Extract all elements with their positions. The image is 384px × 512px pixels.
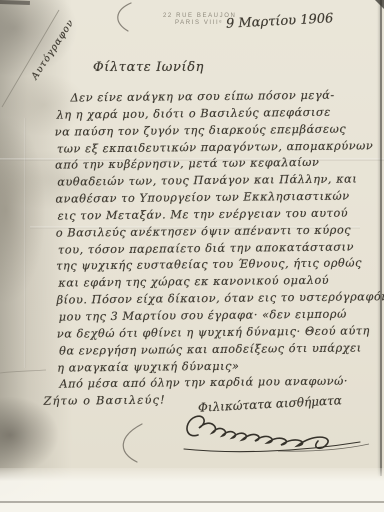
paper-right-edge — [380, 0, 382, 476]
photo-mat-strip — [0, 468, 384, 512]
scanned-letter-page: Αυτόγραφον 22 RUE BEAUJON PARIS VIIIᵉ 9 … — [0, 0, 384, 512]
handwritten-date: 9 Μαρτίου 1906 — [226, 11, 334, 32]
salutation: Φίλτατε Ιωνίδη — [93, 60, 204, 75]
corner-annotation: Αυτόγραφον — [18, 0, 87, 98]
body-line: Από μέσα από όλην την καρδιά μου αναφωνώ… — [59, 374, 363, 394]
body-line: θα ενεργήση νωπώς και αποδείξεως ότι υπά… — [59, 340, 363, 360]
letter-body: Δεν είνε ανάγκη να σου είπω πόσον μεγά- … — [54, 87, 363, 410]
pencil-line-left — [0, 370, 46, 373]
paper-bottom-edge — [0, 501, 384, 503]
paper-corner-cut — [375, 0, 384, 9]
pencil-curve-bottom — [123, 424, 142, 462]
paper-corner-shadow — [0, 0, 30, 5]
pencil-curve-top — [118, 3, 131, 31]
vertical-fold-crease — [24, 118, 26, 368]
signature-flourish — [178, 405, 370, 455]
